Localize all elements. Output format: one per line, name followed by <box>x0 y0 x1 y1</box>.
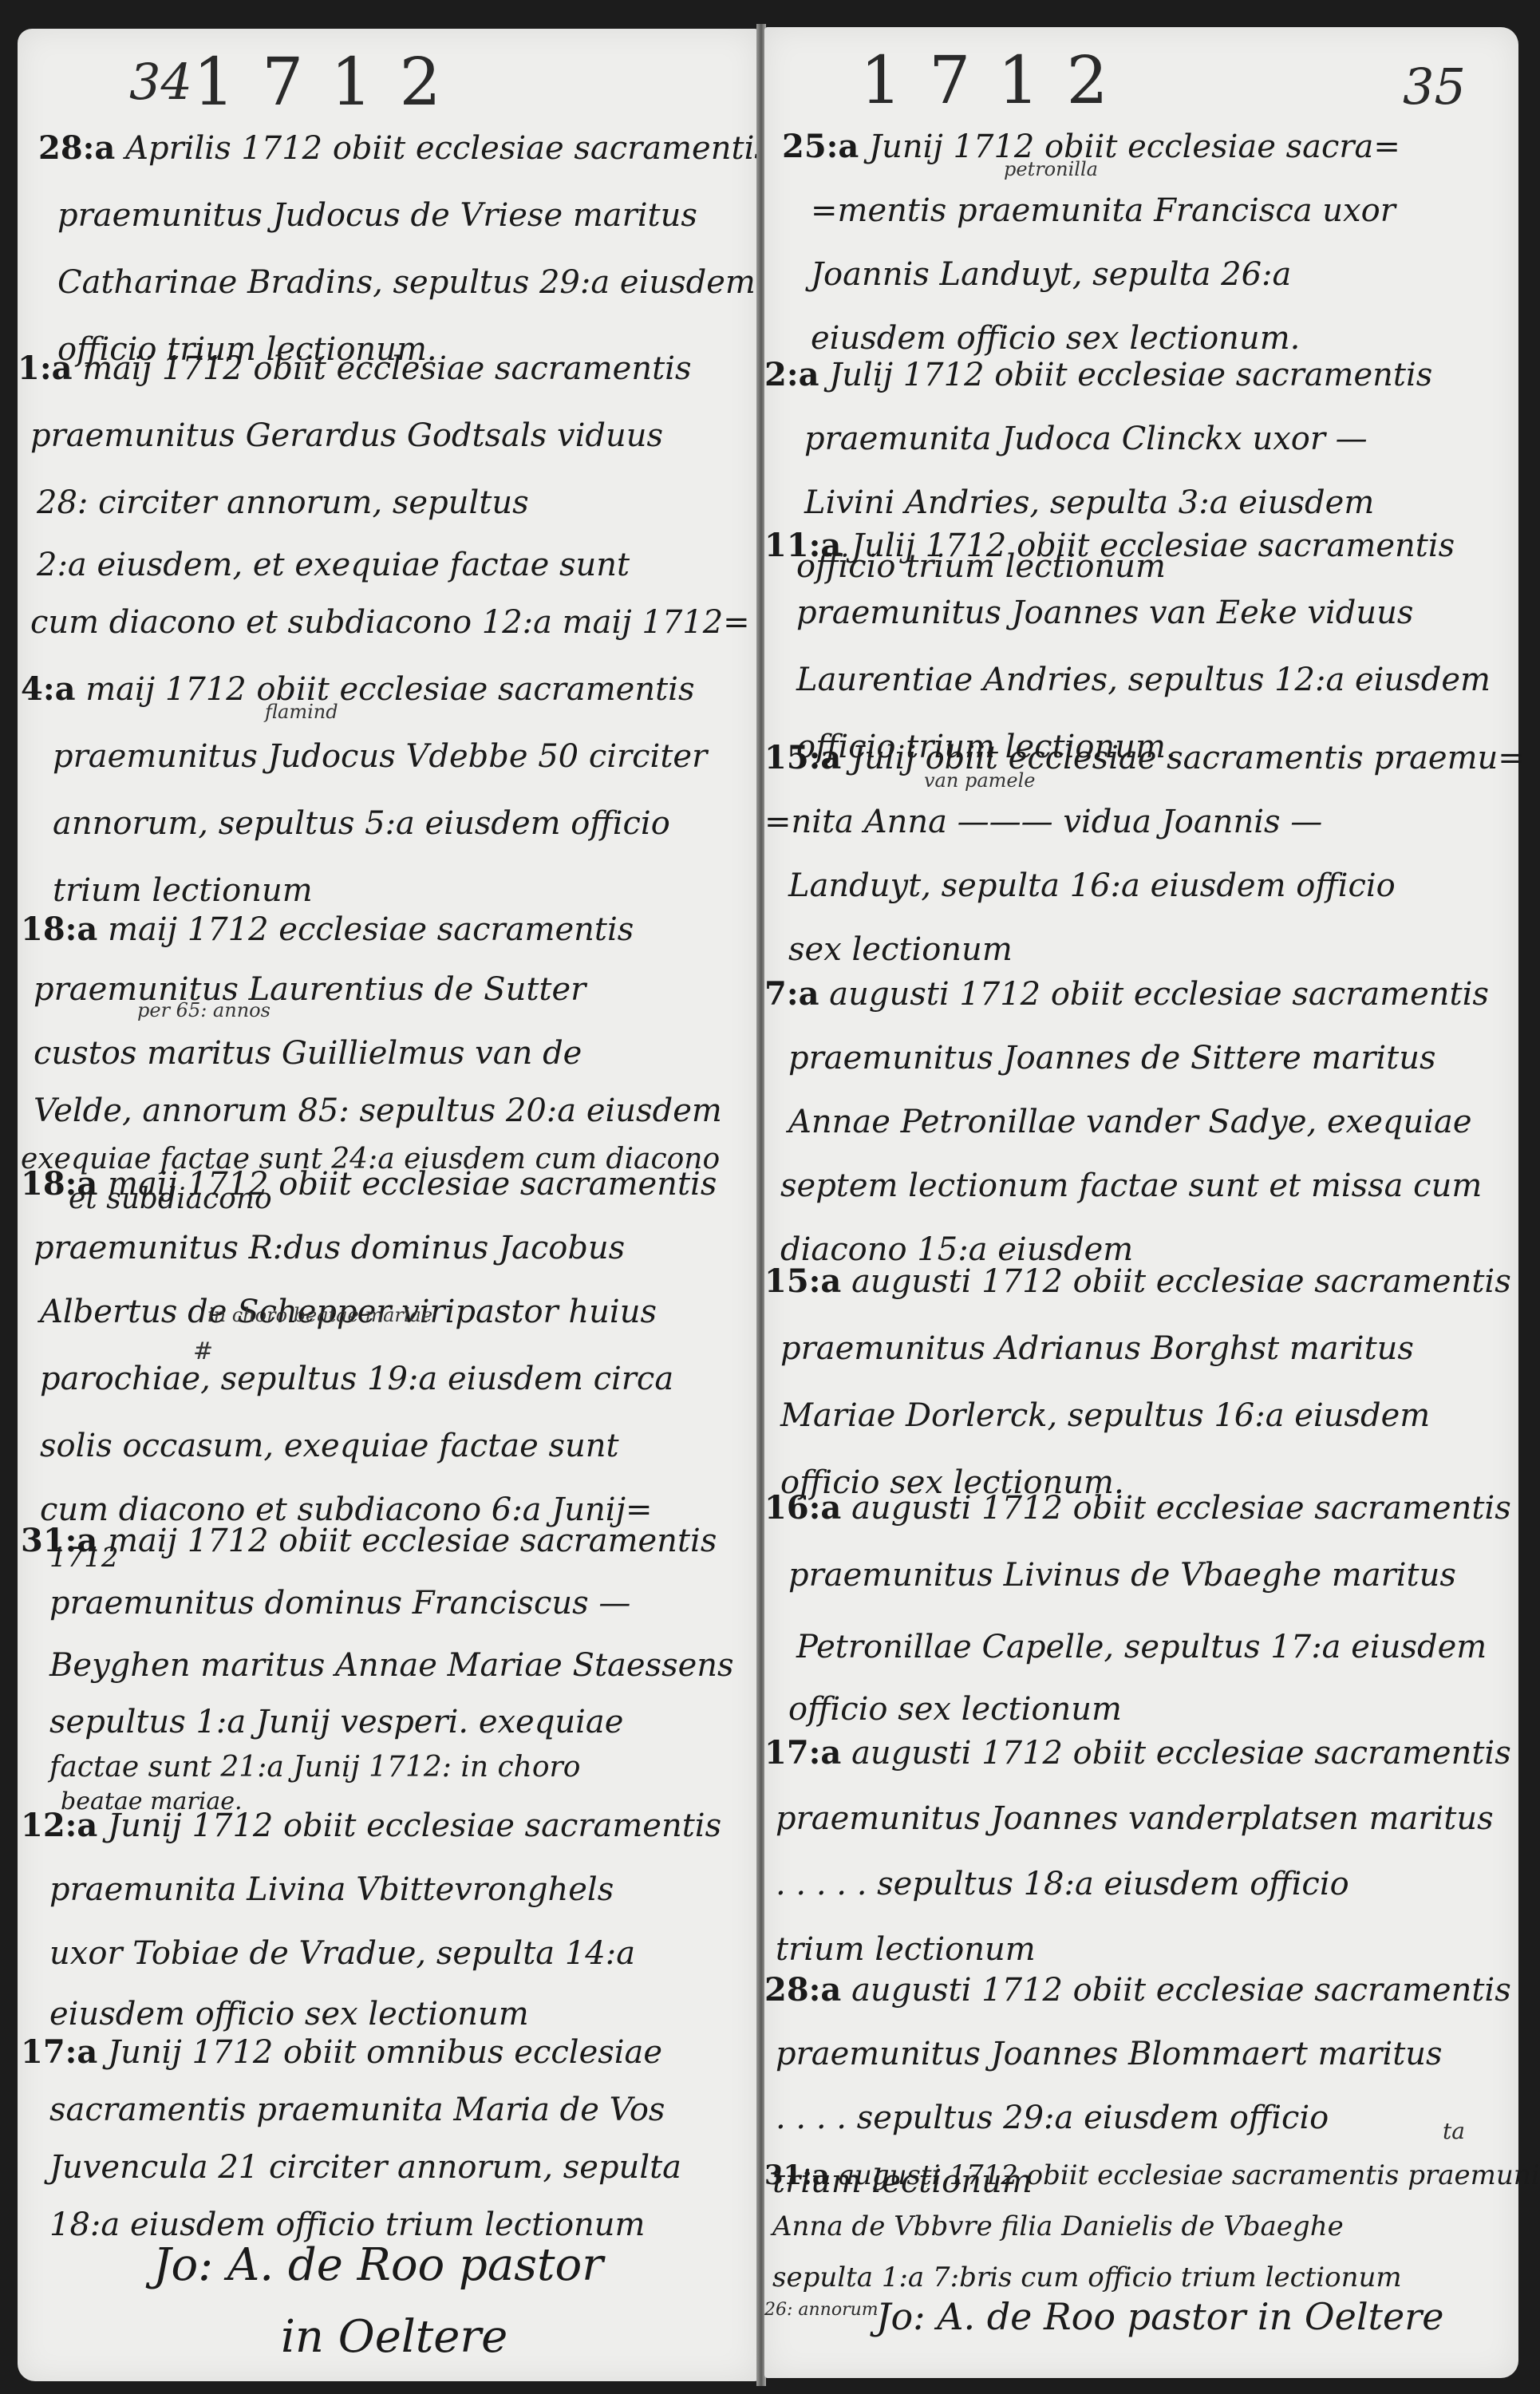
register-entry: 17:a Junij 1712 obiit omnibus ecclesiae … <box>21 2024 681 2254</box>
folio-number-right: 35 <box>1403 57 1466 116</box>
register-entry: 16:a augusti 1712 obiit ecclesiae sacram… <box>764 1475 1511 1733</box>
margin-note: 26: annorum <box>764 2300 879 2320</box>
year-heading-left: 1712 <box>193 45 468 120</box>
register-entry: 31:a augusti 1712 obiit ecclesiae sacram… <box>764 2150 1540 2303</box>
register-entry: 7:a augusti 1712 obiit ecclesiae sacrame… <box>764 962 1489 1282</box>
interlinear-note: per 65: annos <box>137 999 270 1021</box>
interlinear-note: petronilla <box>1004 158 1098 180</box>
register-entry: 1:a maij 1712 obiit ecclesiae sacramenti… <box>18 335 750 651</box>
register-entry: 15:a Julij obiit ecclesiae sacramentis p… <box>764 726 1525 982</box>
register-entry: 4:a maij 1712 obiit ecclesiae sacramenti… <box>21 656 707 924</box>
left-page: 34 1712 28:a Aprilis 1712 obiit ecclesia… <box>18 29 758 2381</box>
register-entry: 17:a augusti 1712 obiit ecclesiae sacram… <box>764 1720 1511 1982</box>
register-entry: 31:a maij 1712 obiit ecclesiae sacrament… <box>21 1510 734 1816</box>
year-heading-right: 1712 <box>860 43 1135 119</box>
right-page: 1712 35 25:a Junij 1712 obiit ecclesiae … <box>764 27 1518 2378</box>
register-entry: 12:a Junij 1712 obiit ecclesiae sacramen… <box>21 1795 721 2044</box>
margin-note: ta <box>1443 2118 1465 2144</box>
insertion-mark: # <box>193 1337 213 1365</box>
pastor-signature-place: in Oeltere <box>281 2311 507 2363</box>
register-entry: 25:a Junij 1712 obiit ecclesiae sacra= =… <box>782 115 1400 370</box>
interlinear-note: flamind <box>265 701 338 723</box>
interlinear-note: in choro beatae mariae <box>207 1304 432 1326</box>
interlinear-note: van pamele <box>924 769 1035 792</box>
pastor-signature: Jo: A. de Roo pastor <box>153 2239 603 2291</box>
folio-number-left: 34 <box>129 53 192 111</box>
pastor-signature: Jo: A. de Roo pastor in Oeltere <box>876 2295 1443 2338</box>
